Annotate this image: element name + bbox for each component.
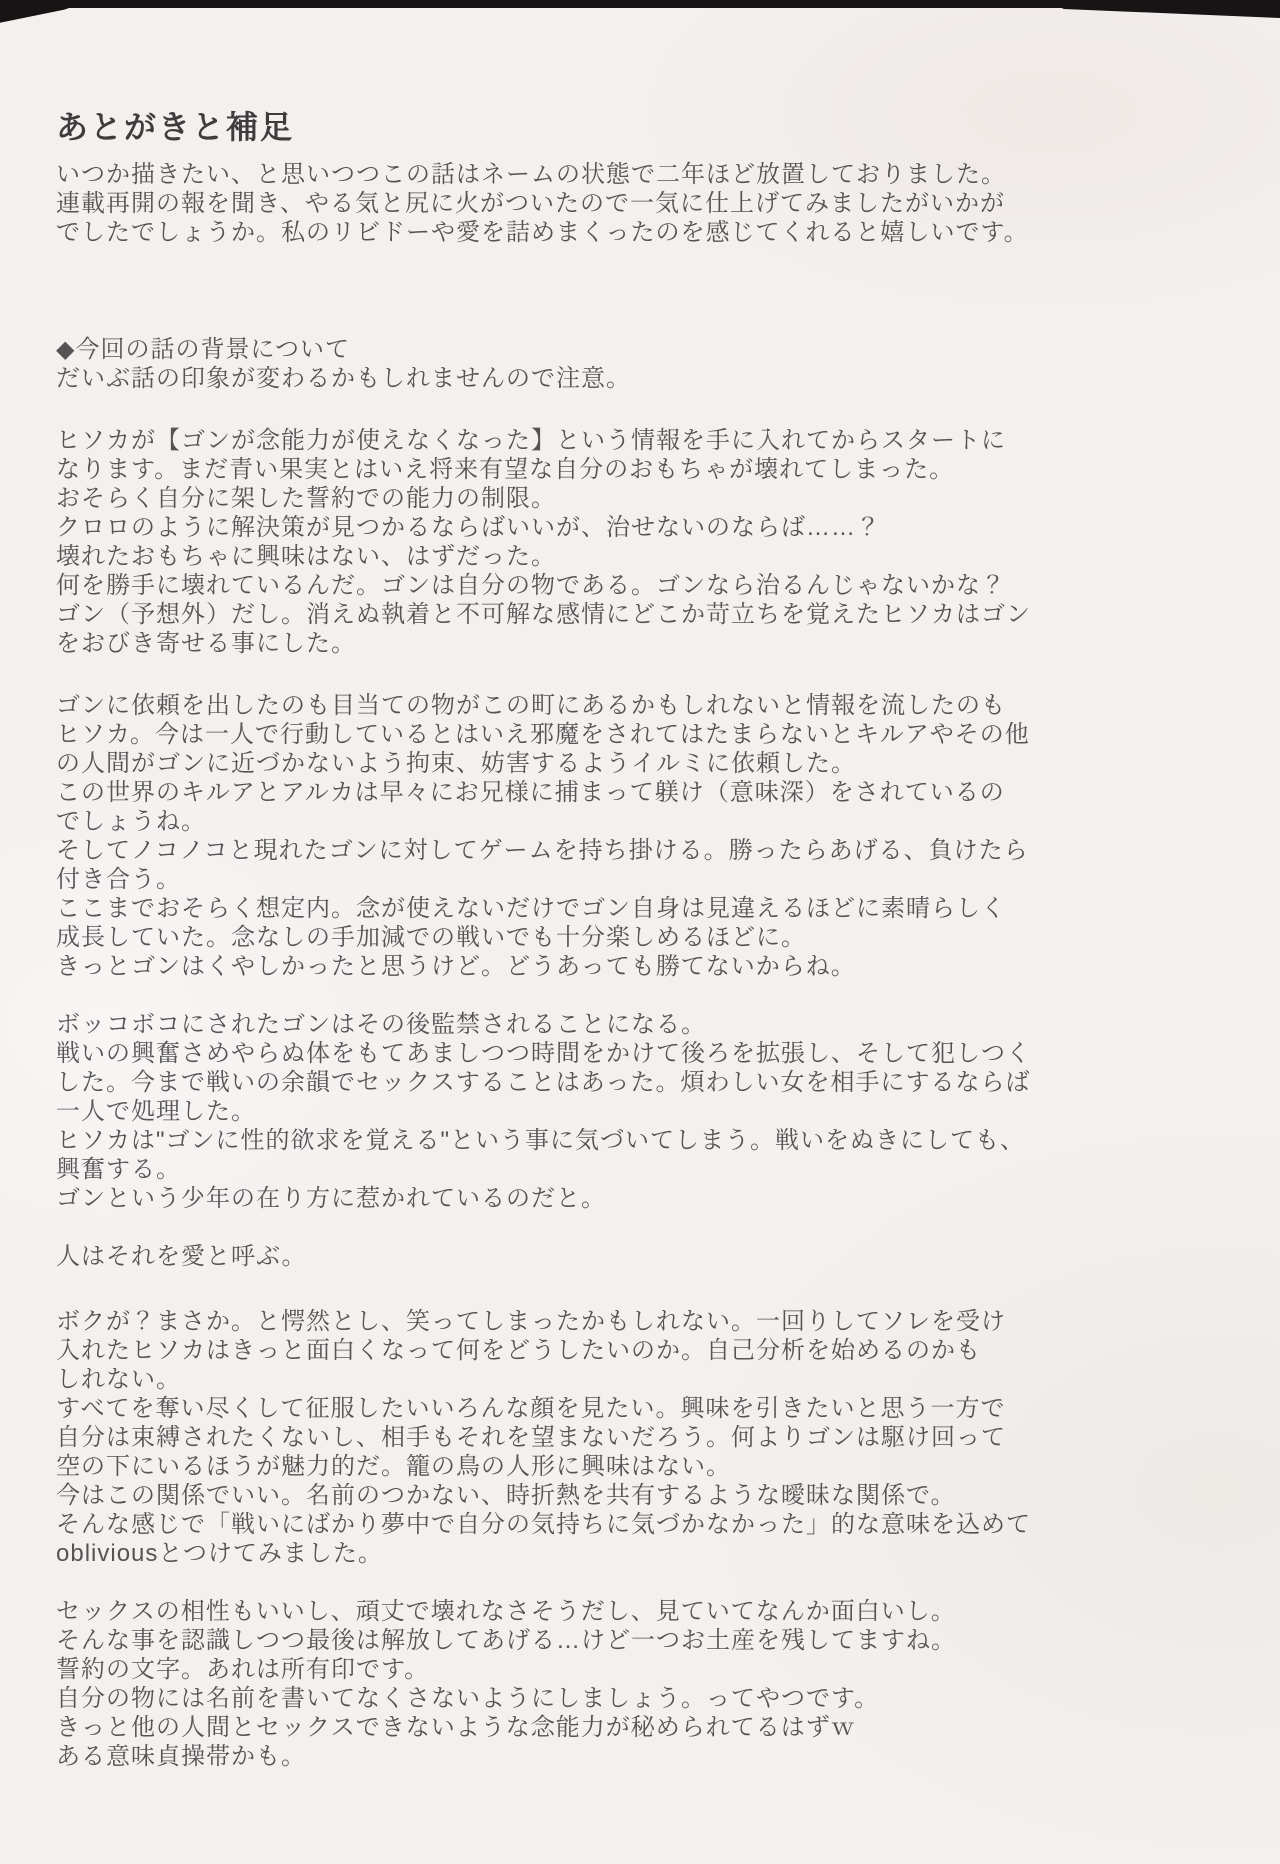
text-line: この世界のキルアとアルカは早々にお兄様に捕まって躾け（意味深）をされているの: [56, 778, 1246, 807]
text-line: 自分は束縛されたくないし、相手もそれを望まないだろう。何よりゴンは駆け回って: [56, 1423, 1246, 1452]
text-line: そしてノコノコと現れたゴンに対してゲームを持ち掛ける。勝ったらあげる、負けたら: [56, 836, 1246, 865]
text-line: ヒソカは"ゴンに性的欲求を覚える"という事に気づいてしまう。戦いをぬきにしても、: [56, 1126, 1246, 1155]
text-line: ゴンに依頼を出したのも目当ての物がこの町にあるかもしれないと情報を流したのも: [56, 691, 1246, 720]
text-line: 連載再開の報を聞き、やる気と尻に火がついたので一気に仕上げてみましたがいかが: [56, 189, 1246, 218]
text-line: きっとゴンはくやしかったと思うけど。どうあっても勝てないからね。: [56, 952, 1246, 981]
paragraph-aftermath: ボッコボコにされたゴンはその後監禁されることになる。 戦いの興奮さめやらぬ体をも…: [56, 1010, 1246, 1213]
text-line: なります。まだ青い果実とはいえ将来有望な自分のおもちゃが壊れてしまった。: [56, 455, 1246, 484]
text-line: セックスの相性もいいし、頑丈で壊れなさそうだし、見ていてなんか面白いし。: [56, 1597, 1246, 1626]
text-line: でしたでしょうか。私のリビドーや愛を詰めまくったのを感じてくれると嬉しいです。: [56, 218, 1246, 247]
text-line: obliviousとつけてみました。: [56, 1539, 1246, 1568]
text-line: ボッコボコにされたゴンはその後監禁されることになる。: [56, 1010, 1246, 1039]
text-line: 付き合う。: [56, 865, 1246, 894]
paragraph-self-analysis: ボクが？まさか。と愕然とし、笑ってしまったかもしれない。一回りしてソレを受け 入…: [56, 1307, 1246, 1568]
text-line: ゴン（予想外）だし。消えぬ執着と不可解な感情にどこか苛立ちを覚えたヒソカはゴン: [56, 600, 1246, 629]
text-line: クロロのように解決策が見つかるならばいいが、治せないのならば……？: [56, 513, 1246, 542]
text-line: 何を勝手に壊れているんだ。ゴンは自分の物である。ゴンなら治るんじゃないかな？: [56, 571, 1246, 600]
text-line: しれない。: [56, 1365, 1246, 1394]
scan-edge-top-right-artifact: [1045, 0, 1280, 18]
text-line: そんな事を認識しつつ最後は解放してあげる…けど一つお土産を残してますね。: [56, 1626, 1246, 1655]
text-line: ある意味貞操帯かも。: [56, 1742, 1246, 1771]
text-line: ヒソカが【ゴンが念能力が使えなくなった】という情報を手に入れてからスタートに: [56, 426, 1246, 455]
text-line: 人はそれを愛と呼ぶ。: [56, 1242, 1246, 1271]
text-line: すべてを奪い尽くして征服したいいろんな顔を見たい。興味を引きたいと思う一方で: [56, 1394, 1246, 1423]
text-line: 自分の物には名前を書いてなくさないようにしましょう。ってやつです。: [56, 1684, 1246, 1713]
text-line: でしょうね。: [56, 807, 1246, 836]
text-line: 誓約の文字。あれは所有印です。: [56, 1655, 1246, 1684]
paragraph-closing: セックスの相性もいいし、頑丈で壊れなさそうだし、見ていてなんか面白いし。 そんな…: [56, 1597, 1246, 1771]
paragraph-gon-lure: ゴンに依頼を出したのも目当ての物がこの町にあるかもしれないと情報を流したのも ヒ…: [56, 691, 1246, 981]
text-line: おそらく自分に架した誓約での能力の制限。: [56, 484, 1246, 513]
paragraph-love-line: 人はそれを愛と呼ぶ。: [56, 1242, 1246, 1271]
text-line: いつか描きたい、と思いつつこの話はネームの状態で二年ほど放置しておりました。: [56, 160, 1246, 189]
text-line: 今はこの関係でいい。名前のつかない、時折熱を共有するような曖昧な関係で。: [56, 1481, 1246, 1510]
text-line: をおびき寄せる事にした。: [56, 629, 1246, 658]
text-line: きっと他の人間とセックスできないような念能力が秘められてるはずｗ: [56, 1713, 1246, 1742]
text-line: の人間がゴンに近づかないよう拘束、妨害するようイルミに依頼した。: [56, 749, 1246, 778]
paragraph-background-note: ◆今回の話の背景について だいぶ話の印象が変わるかもしれませんので注意。: [56, 335, 1246, 393]
text-line: 空の下にいるほうが魅力的だ。籠の鳥の人形に興味はない。: [56, 1452, 1246, 1481]
text-line: 入れたヒソカはきっと面白くなって何をどうしたいのか。自己分析を始めるのかも: [56, 1336, 1246, 1365]
afterword-text: あとがきと補足 いつか描きたい、と思いつつこの話はネームの状態で二年ほど放置して…: [56, 102, 1246, 1800]
scanned-page: あとがきと補足 いつか描きたい、と思いつつこの話はネームの状態で二年ほど放置して…: [0, 0, 1280, 1864]
text-line: ボクが？まさか。と愕然とし、笑ってしまったかもしれない。一回りしてソレを受け: [56, 1307, 1246, 1336]
text-line: ここまでおそらく想定内。念が使えないだけでゴン自身は見違えるほどに素晴らしく: [56, 894, 1246, 923]
text-line: 壊れたおもちゃに興味はない、はずだった。: [56, 542, 1246, 571]
paragraph-intro: いつか描きたい、と思いつつこの話はネームの状態で二年ほど放置しておりました。 連…: [56, 160, 1246, 247]
section-heading: ◆今回の話の背景について: [56, 335, 1246, 364]
text-line: ヒソカ。今は一人で行動しているとはいえ邪魔をされてはたまらないとキルアやその他: [56, 720, 1246, 749]
text-line: そんな感じで「戦いにばかり夢中で自分の気持ちに気づかなかった」的な意味を込めて: [56, 1510, 1246, 1539]
text-line: 興奮する。: [56, 1155, 1246, 1184]
text-line: 戦いの興奮さめやらぬ体をもてあましつつ時間をかけて後ろを拡張し、そして犯しつく: [56, 1039, 1246, 1068]
page-title: あとがきと補足: [56, 102, 1246, 148]
text-line: した。今まで戦いの余韻でセックスすることはあった。煩わしい女を相手にするならば: [56, 1068, 1246, 1097]
text-line: 一人で処理した。: [56, 1097, 1246, 1126]
text-line: だいぶ話の印象が変わるかもしれませんので注意。: [56, 364, 1246, 393]
paragraph-hisoka-setup: ヒソカが【ゴンが念能力が使えなくなった】という情報を手に入れてからスタートに な…: [56, 426, 1246, 658]
text-line: 成長していた。念なしの手加減での戦いでも十分楽しめるほどに。: [56, 923, 1246, 952]
text-line: ゴンという少年の在り方に惹かれているのだと。: [56, 1184, 1246, 1213]
